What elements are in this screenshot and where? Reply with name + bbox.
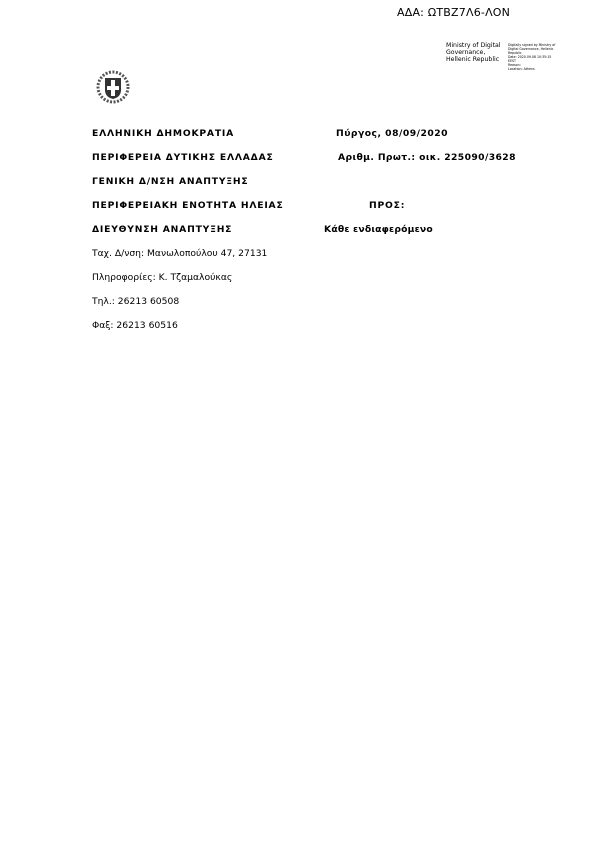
signature-line: Hellenic Republic [446, 56, 501, 63]
digital-signature-details: Digitally signed by Ministry of Digital … [508, 43, 568, 71]
to-value: Κάθε ενδιαφερόμενο [324, 224, 433, 235]
header-country: ΕΛΛΗΝΙΚΗ ΔΗΜΟΚΡΑΤΙΑ [92, 128, 234, 139]
signature-line: Governance, [446, 49, 501, 56]
protocol-number: Αριθμ. Πρωτ.: οικ. 225090/3628 [338, 152, 516, 163]
header-directorate: ΔΙΕΥΘΥΝΣΗ ΑΝΑΠΤΥΞΗΣ [92, 224, 232, 235]
greek-coat-of-arms-icon [96, 70, 130, 104]
ada-code: ΑΔΑ: ΩΤΒΖ7Λ6-ΛΟΝ [397, 6, 510, 19]
to-label: ΠΡΟΣ: [369, 200, 405, 211]
header-regional-unit: ΠΕΡΙΦΕΡΕΙΑΚΗ ΕΝΟΤΗΤΑ ΗΛΕΙΑΣ [92, 200, 284, 211]
header-region: ΠΕΡΙΦΕΡΕΙΑ ΔΥΤΙΚΗΣ ΕΛΛΑΔΑΣ [92, 152, 274, 163]
digital-signature-label: Ministry of Digital Governance, Hellenic… [446, 42, 501, 63]
contact-fax: Φαξ: 26213 60516 [92, 320, 178, 331]
signature-detail: Location: Athens [508, 67, 568, 71]
place-date: Πύργος, 08/09/2020 [336, 128, 448, 139]
contact-address: Ταχ. Δ/νση: Μανωλοπούλου 47, 27131 [92, 248, 267, 259]
contact-phone: Τηλ.: 26213 60508 [92, 296, 179, 307]
signature-line: Ministry of Digital [446, 42, 501, 49]
contact-info: Πληροφορίες: Κ. Τζαμαλούκας [92, 272, 232, 283]
header-directorate-general: ΓΕΝΙΚΗ Δ/ΝΣΗ ΑΝΑΠΤΥΞΗΣ [92, 176, 248, 187]
